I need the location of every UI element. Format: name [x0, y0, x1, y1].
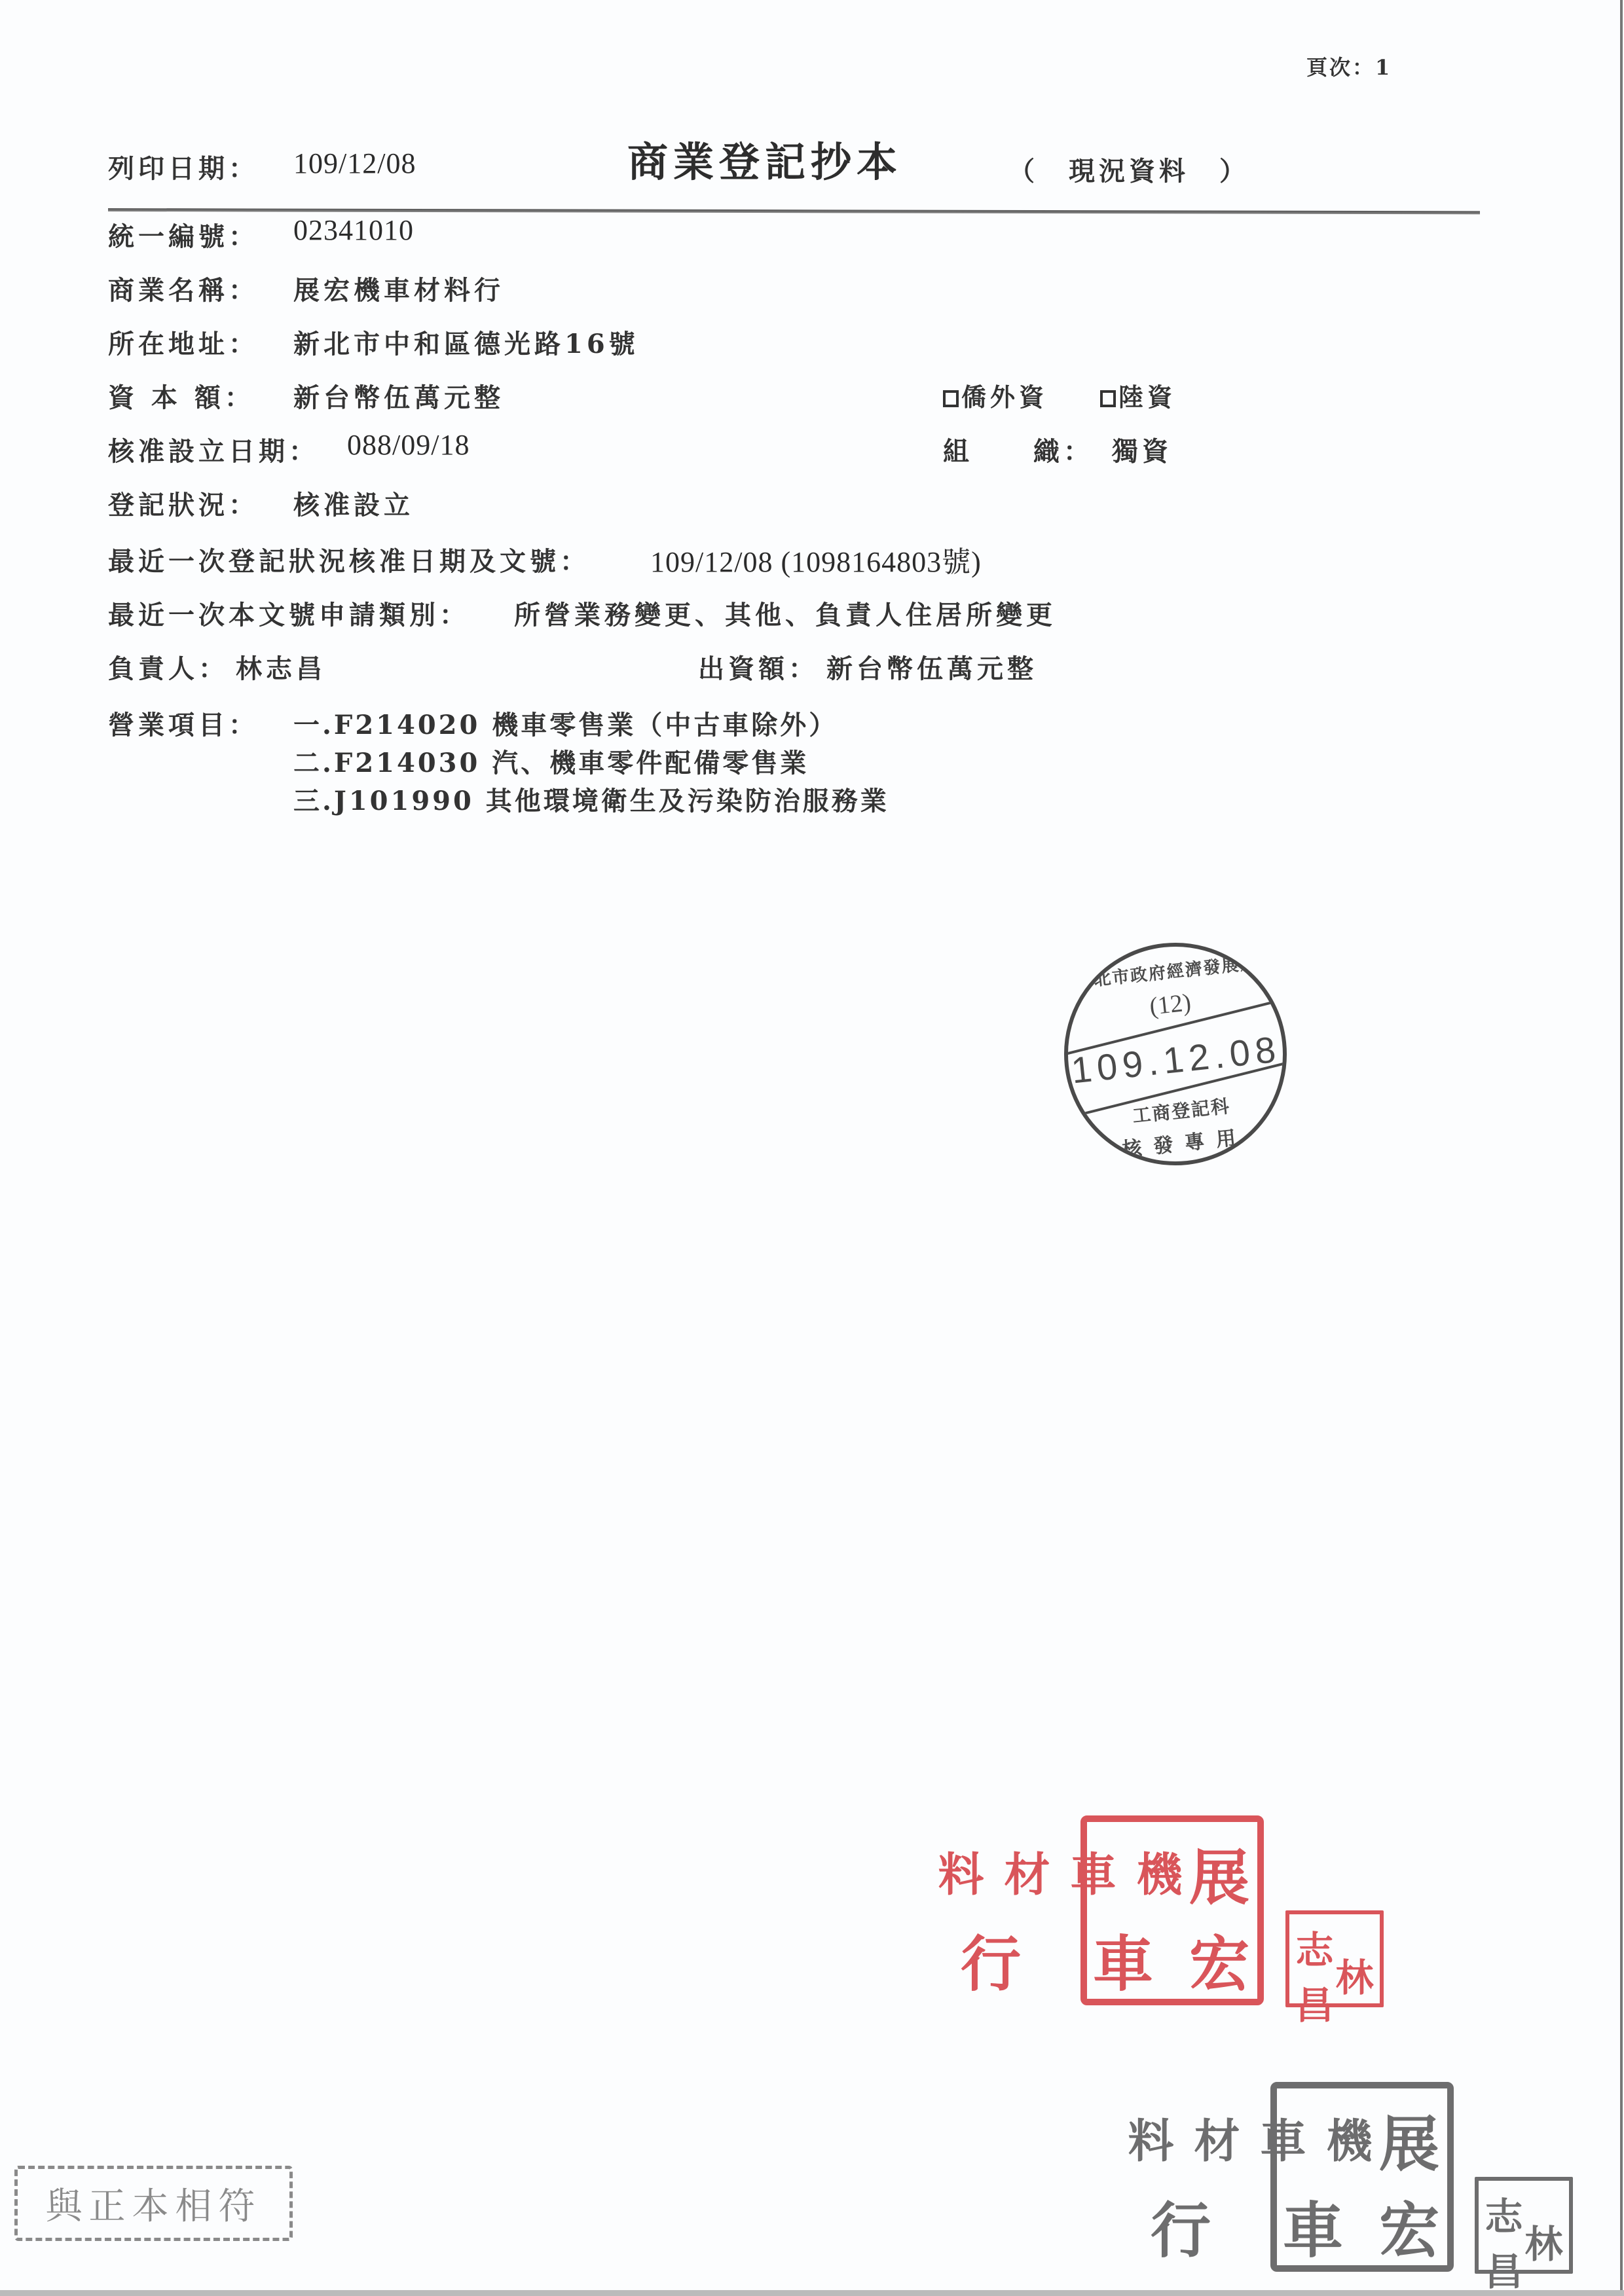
contribution-value: 新台幣伍萬元整: [826, 648, 1037, 685]
business-name-label: 商業名稱：: [108, 270, 259, 307]
responsible-person-label: 負責人：: [108, 648, 229, 685]
overseas-capital-label: 僑外資: [961, 382, 1048, 412]
stamp-date: 109.12.08: [1067, 1027, 1285, 1092]
business-item: 一.F214020 機車零售業（中古車除外）: [293, 704, 838, 742]
address-value: 新北市中和區德光路16號: [293, 323, 639, 361]
registration-status-value: 核准設立: [293, 484, 414, 522]
contribution-label: 出資額：: [698, 648, 819, 685]
seal-char: 宏: [1189, 1916, 1249, 2003]
business-item: 三.J101990 其他環境衛生及污染防治服務業: [293, 780, 889, 818]
document-subtitle: （ 現況資料 ）: [1008, 151, 1249, 188]
seal-char: 展: [1379, 2096, 1439, 2183]
capital-label: 資 本 額：: [108, 377, 255, 414]
seal-char: 行: [925, 1916, 1057, 2003]
seal-char: 昌: [1295, 1975, 1335, 2030]
latest-approval-label: 最近一次登記狀況核准日期及文號：: [108, 541, 590, 578]
print-date-label: 列印日期：: [108, 148, 259, 185]
seal-char: 機車: [1057, 1830, 1189, 1916]
unified-number-value: 02341010: [293, 213, 414, 247]
scan-edge: [0, 2290, 1624, 2296]
seal-char: 材料: [925, 1830, 1057, 1916]
unified-number-label: 統一編號：: [108, 216, 259, 253]
latest-approval-value: 109/12/08 (1098164803號): [650, 538, 982, 580]
registration-status-label: 登記狀況：: [108, 484, 259, 522]
document-title: 商業登記抄本: [627, 130, 902, 188]
seal-char: 行: [1115, 2183, 1247, 2269]
company-seal-copy: 展 宏 機車 車 材料 行: [1270, 2082, 1454, 2272]
seal-char: 機車: [1247, 2096, 1379, 2183]
business-items-label: 營業項目：: [108, 704, 259, 742]
application-type-value: 所營業務變更、其他、負責人住居所變更: [514, 594, 1056, 632]
seal-char: 志: [1295, 1920, 1335, 1975]
seal-char: 昌: [1484, 2241, 1524, 2296]
mainland-capital-label: 陸資: [1118, 382, 1176, 412]
establishment-date-label: 核准設立日期：: [108, 431, 319, 468]
organization-label: 組 織：: [943, 431, 1094, 468]
overseas-capital-option: 僑外資: [943, 377, 1048, 413]
certified-copy-stamp: 與正本相符: [14, 2166, 293, 2241]
mainland-capital-option: 陸資: [1100, 377, 1176, 413]
person-seal-red: 林 志 昌: [1285, 1910, 1384, 2007]
document-page: 頁次：1 列印日期： 109/12/08 商業登記抄本 （ 現況資料 ） 統一編…: [0, 0, 1624, 2296]
establishment-date-value: 088/09/18: [347, 428, 470, 462]
company-seal-red: 展 宏 機車 車 材料 行: [1080, 1815, 1264, 2005]
person-seal-copy: 林 志 昌: [1475, 2177, 1573, 2274]
seal-char: 志: [1484, 2186, 1524, 2241]
seal-char: 車: [1057, 1916, 1189, 2003]
seal-char: 車: [1247, 2183, 1379, 2269]
application-type-label: 最近一次本文號申請類別：: [108, 594, 470, 632]
seal-char: 林: [1335, 1920, 1375, 2030]
scan-edge: [1620, 0, 1623, 2296]
organization-value: 獨資: [1112, 431, 1172, 468]
business-item: 二.F214030 汽、機車零件配備零售業: [293, 742, 809, 780]
responsible-person-value: 林志昌: [236, 648, 326, 685]
seal-char: 展: [1189, 1830, 1249, 1916]
seal-char: 林: [1524, 2186, 1564, 2296]
official-date-stamp: 新北市政府經濟發展局 (12) 109.12.08 工商登記科 核發專用: [1053, 932, 1298, 1176]
capital-value: 新台幣伍萬元整: [293, 377, 504, 414]
seal-char: 材料: [1115, 2096, 1247, 2183]
print-date: 109/12/08: [293, 147, 416, 180]
address-label: 所在地址：: [108, 323, 259, 361]
page-number: 頁次：1: [1306, 51, 1392, 81]
overseas-capital-checkbox: [943, 390, 959, 407]
seal-char: 宏: [1379, 2183, 1439, 2269]
mainland-capital-checkbox: [1100, 390, 1116, 407]
business-name-value: 展宏機車材料行: [293, 270, 504, 307]
